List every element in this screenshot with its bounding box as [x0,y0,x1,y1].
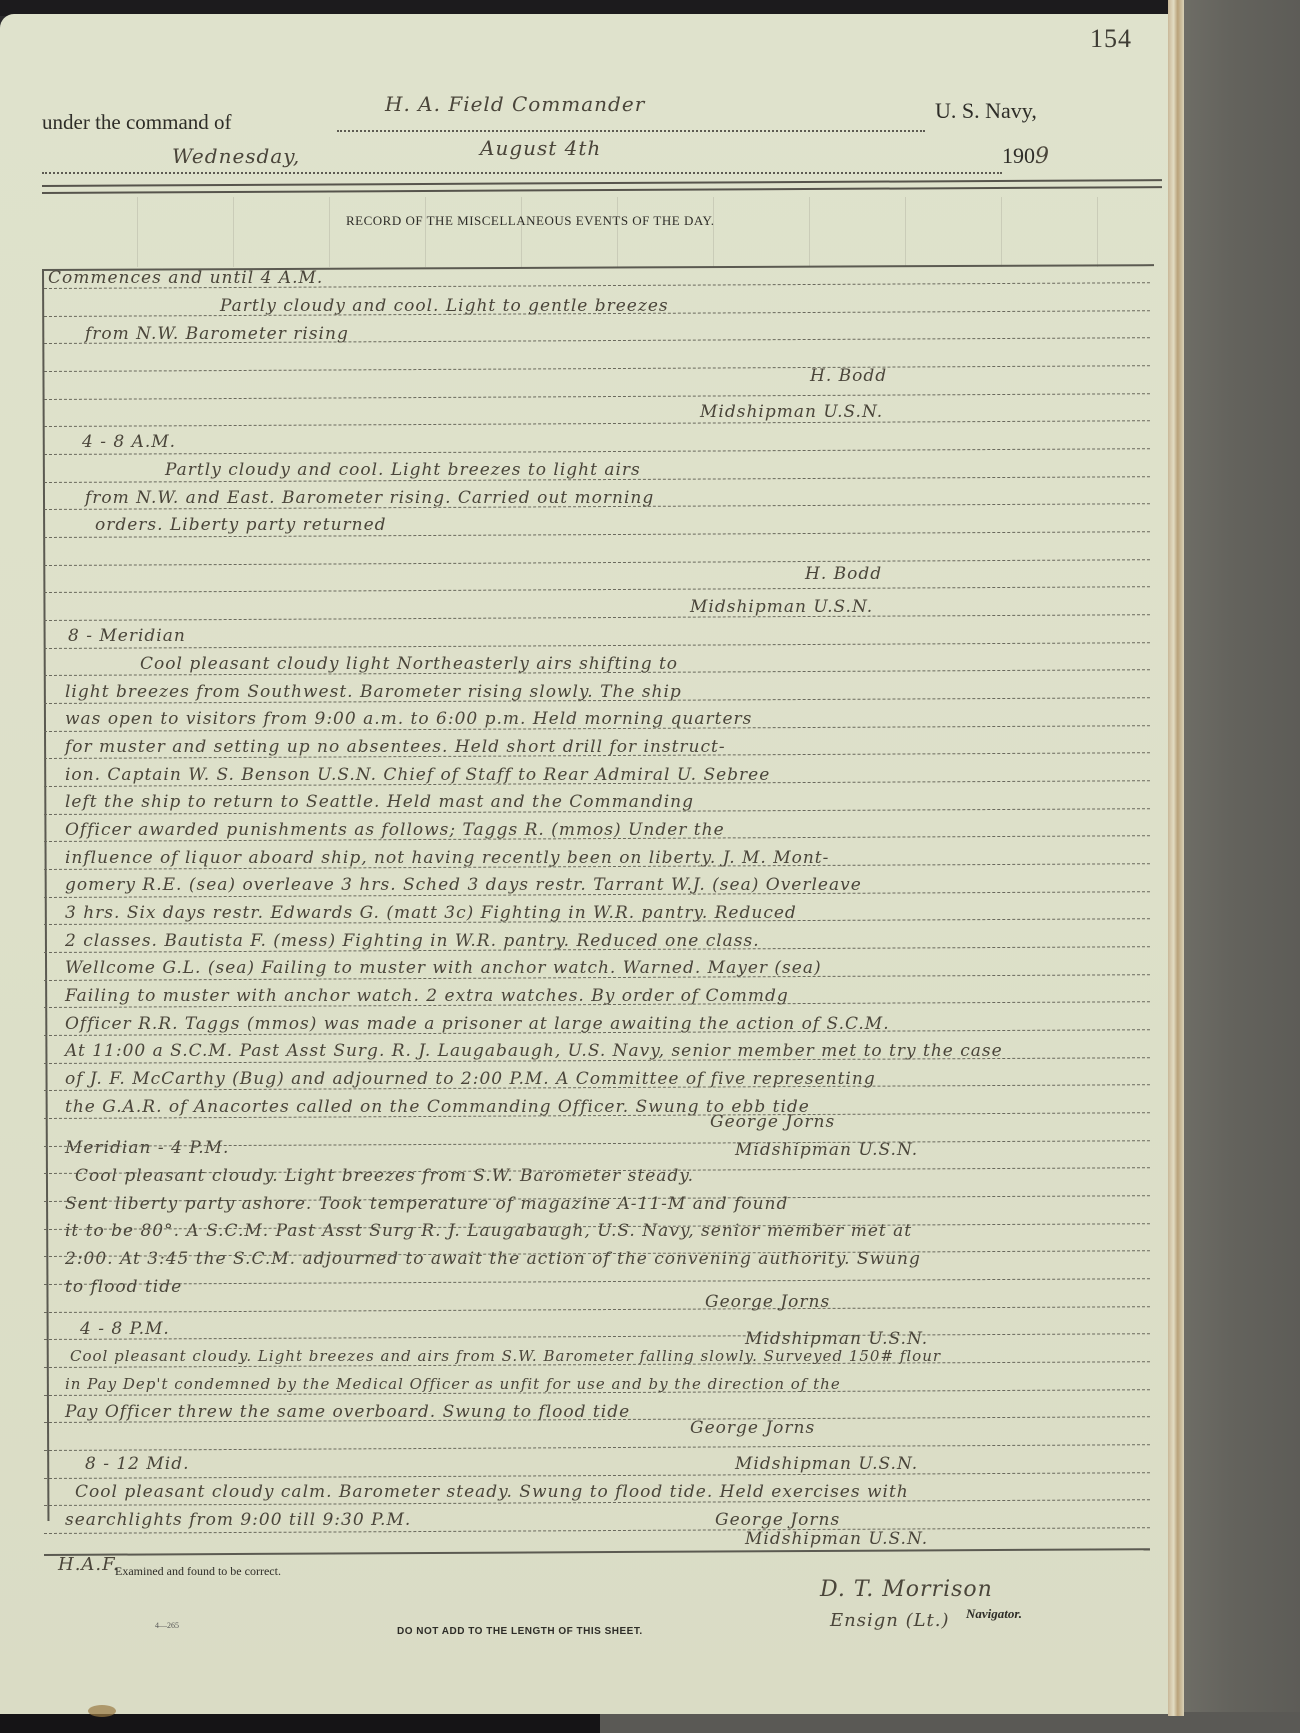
year-printed: 190 [1002,143,1035,168]
officer-rank: Midshipman U.S.N. [690,597,873,617]
log-line: the G.A.R. of Anacortes called on the Co… [65,1097,810,1117]
log-line: from N.W. Barometer rising [85,324,349,344]
header-rule [42,186,1162,194]
log-line: Officer R.R. Taggs (mmos) was made a pri… [65,1014,890,1034]
year-label: 1909 [1002,143,1050,169]
log-line: 2:00. At 3:45 the S.C.M. adjourned to aw… [65,1249,921,1269]
form-number: 4—265 [155,1621,179,1630]
section-title: RECORD OF THE MISCELLANEOUS EVENTS OF TH… [346,213,715,229]
date-dotted-line [42,172,1002,174]
log-line: of J. F. McCarthy (Bug) and adjourned to… [65,1069,876,1089]
page-edge [1168,0,1184,1716]
log-line: Wellcome G.L. (sea) Failing to muster wi… [65,958,822,978]
log-line: Cool pleasant cloudy light Northeasterly… [140,654,678,674]
watch-heading: 8 - Meridian [68,626,186,646]
command-label: under the command of [42,110,232,135]
log-line: was open to visitors from 9:00 a.m. to 6… [65,709,752,729]
officer-signature: George Jorns [690,1418,815,1438]
log-line: Failing to muster with anchor watch. 2 e… [65,986,789,1006]
log-line: ion. Captain W. S. Benson U.S.N. Chief o… [65,765,770,785]
background-right [1183,0,1300,1733]
log-line: searchlights from 9:00 till 9:30 P.M. [65,1510,411,1530]
log-line: Cool pleasant cloudy. Light breezes from… [75,1166,694,1186]
officer-signature: George Jorns [705,1292,830,1312]
officer-rank: Midshipman U.S.N. [735,1140,918,1160]
watch-heading: 4 - 8 P.M. [80,1319,170,1339]
officer-signature: H. Bodd [805,564,882,584]
command-dotted-line [337,130,925,132]
log-line: Partly cloudy and cool. Light to gentle … [220,296,669,316]
logbook-page: 154 under the command of H. A. Field Com… [0,14,1168,1714]
header-rule [42,179,1162,187]
log-line: in Pay Dep't condemned by the Medical Of… [65,1375,841,1393]
officer-signature: H. Bodd [810,366,887,386]
watch-heading: 8 - 12 Mid. [85,1454,190,1474]
log-line: Sent liberty party ashore. Took temperat… [65,1194,788,1214]
watch-heading: 4 - 8 A.M. [82,432,176,452]
log-line: it to be 80°. A S.C.M. Past Asst Surg R.… [65,1221,912,1241]
log-line: light breezes from Southwest. Barometer … [65,682,682,702]
log-line: Cool pleasant cloudy. Light breezes and … [70,1347,941,1365]
officer-signature: George Jorns [715,1510,840,1530]
navy-label: U. S. Navy, [935,98,1037,124]
watch-heading: Meridian - 4 P.M. [65,1138,229,1158]
log-line: 2 classes. Bautista F. (mess) Fighting i… [65,931,760,951]
log-line: for muster and setting up no absentees. … [65,737,726,757]
events-box-bottom [44,1548,1150,1556]
navigator-label: Navigator. [966,1606,1022,1622]
paper-stain [88,1705,116,1717]
officer-rank: Midshipman U.S.N. [745,1529,928,1549]
officer-rank: Midshipman U.S.N. [700,402,883,422]
log-line: Cool pleasant cloudy calm. Barometer ste… [75,1482,909,1502]
log-line: At 11:00 a S.C.M. Past Asst Surg. R. J. … [65,1041,1003,1061]
log-line: to flood tide [65,1277,182,1297]
log-line: Officer awarded punishments as follows; … [65,820,725,840]
show-through-table [42,197,1162,267]
watch-heading: Commences and until 4 A.M. [48,268,323,288]
navigator-rank: Ensign (Lt.) [830,1610,950,1631]
log-line: orders. Liberty party returned [95,515,387,535]
examiner-initials: H.A.F. [58,1554,120,1575]
log-line: Pay Officer threw the same overboard. Sw… [65,1402,630,1422]
day-of-week: Wednesday, [172,144,300,168]
commander-name: H. A. Field Commander [385,92,645,116]
log-line: left the ship to return to Seattle. Held… [65,792,694,812]
log-line: Partly cloudy and cool. Light breezes to… [165,460,641,480]
log-line: influence of liquor aboard ship, not hav… [65,848,829,868]
officer-signature: George Jorns [710,1112,835,1132]
background-bottom-right [600,1712,1300,1733]
length-warning: DO NOT ADD TO THE LENGTH OF THIS SHEET. [397,1626,643,1637]
examined-label: Examined and found to be correct. [115,1564,281,1579]
year-handwritten-digit: 9 [1035,144,1050,169]
navigator-signature: D. T. Morrison [820,1577,993,1602]
log-date: August 4th [480,136,601,160]
page-number: 154 [1090,24,1132,54]
officer-rank: Midshipman U.S.N. [745,1329,928,1349]
log-line: 3 hrs. Six days restr. Edwards G. (matt … [65,903,797,923]
log-line: gomery R.E. (sea) overleave 3 hrs. Sched… [65,875,862,895]
officer-rank: Midshipman U.S.N. [735,1454,918,1474]
log-line: from N.W. and East. Barometer rising. Ca… [85,488,654,508]
